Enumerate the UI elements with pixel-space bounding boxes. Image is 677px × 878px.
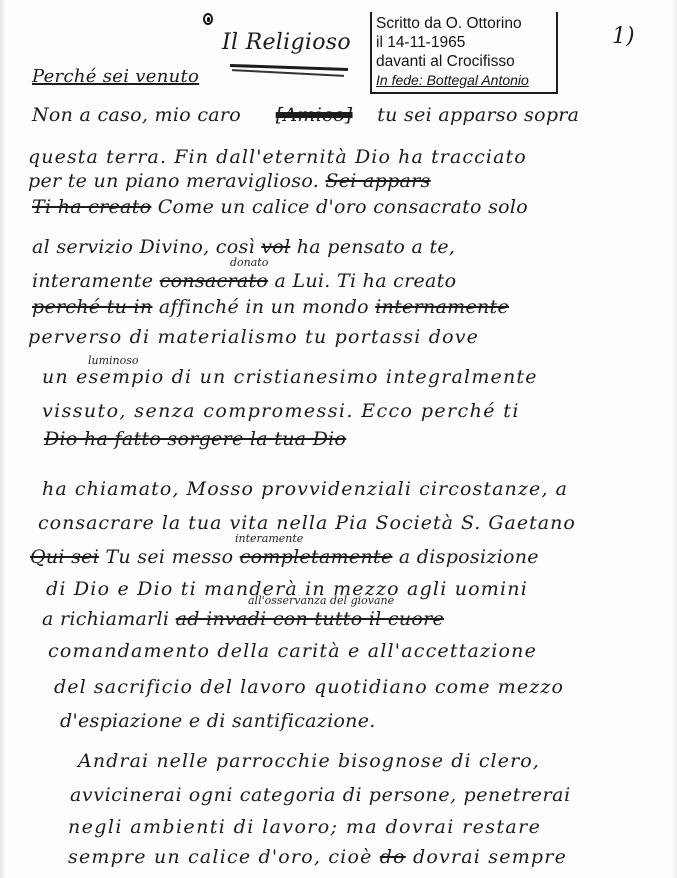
struck-text: ad invadi con tutto il cuore [176,608,444,630]
text-line-16: a richiamarli ad invadi con tutto il cuo… [42,608,444,630]
text-line-23: sempre un calice d'oro, cioè do dovrai s… [68,846,567,868]
line-text-after: dovrai sempre [413,846,567,868]
struck-text: [Amico] [276,104,353,126]
text-line-1: Non a caso, mio caro [Amico] tu sei appa… [32,104,579,126]
attribution-place: davanti al Crocifisso [376,52,552,71]
line-text-after: a Lui. Ti ha creato [275,270,457,292]
page-number: 1) [612,24,635,49]
line-text: Non a caso, mio caro [32,104,241,126]
circle-mark-icon [203,13,213,25]
text-line-10: vissuto, senza compromessi. Ecco perché … [42,400,520,422]
line-text-after: tu sei apparso sopra [377,104,579,126]
text-line-8: perverso di materialismo tu portassi dov… [28,326,479,348]
struck-text: Ti ha creato [32,196,151,218]
inserted-word: interamente [235,532,303,545]
document-title: Il Religioso [222,30,351,55]
inserted-word: donato [230,256,268,269]
line-text: perverso di materialismo tu portassi dov… [28,326,479,348]
attribution-author: Scritto da O. Ottorino [376,14,552,33]
text-line-4: Ti ha creato Come un calice d'oro consac… [32,196,528,218]
text-line-22: negli ambienti di lavoro; ma dovrai rest… [68,816,541,838]
struck-text-2: internamente [375,296,509,318]
struck-text-2: completamente [240,546,393,568]
line-text-after: affinché in un mondo [159,296,369,318]
text-line-6: interamente consacrato a Lui. Ti ha crea… [32,270,456,292]
line-text: a richiamarli [42,608,169,630]
line-text: vissuto, senza compromessi. Ecco perché … [42,400,520,422]
struck-text: consacrato [160,270,269,292]
text-line-18: del sacrificio del lavoro quotidiano com… [54,676,564,698]
line-text-after: Tu sei messo [105,546,233,568]
line-text: un esempio di un cristianesimo integralm… [42,366,538,388]
line-text: al servizio Divino, così [32,236,255,258]
page-edge-right [671,0,677,878]
text-line-2: questa terra. Fin dall'eternità Dio ha t… [28,146,527,168]
struck-text: Sei appars [325,170,430,192]
text-line-11: Dio ha fatto sorgere la tua Dio [44,428,346,450]
page-edge-left [0,0,6,878]
line-text: negli ambienti di lavoro; ma dovrai rest… [68,816,541,838]
line-text: d'espiazione e di santificazione. [60,710,376,732]
line-text: comandamento della carità e all'accettaz… [48,640,537,662]
line-text: ha chiamato, Mosso provvidenziali circos… [42,478,568,500]
line-text-after-2: a disposizione [399,546,539,568]
attribution-box: Scritto da O. Ottorino il 14-11-1965 dav… [370,12,558,94]
struck-text: vol [261,236,290,258]
manuscript-page: Il Religioso Scritto da O. Ottorino il 1… [0,0,677,878]
line-text: del sacrificio del lavoro quotidiano com… [54,676,564,698]
text-line-3: per te un piano meraviglioso. Sei appars [28,170,431,192]
text-line-20: Andrai nelle parrocchie bisognose di cle… [78,750,540,772]
text-line-19: d'espiazione e di santificazione. [60,710,376,732]
text-line-5: al servizio Divino, così vol ha pensato … [32,236,455,258]
text-line-7: perché tu in affinché in un mondo intern… [32,296,509,318]
attribution-witness: In fede: Bottegal Antonio [376,71,552,90]
text-line-21: avvicinerai ogni categoria di persone, p… [70,784,571,806]
struck-text: perché tu in [32,296,152,318]
line-text-after: ha pensato a te, [297,236,456,258]
line-text: sempre un calice d'oro, cioè [68,846,373,868]
line-text-after: Come un calice d'oro consacrato solo [158,196,528,218]
text-line-9: un esempio di un cristianesimo integralm… [42,366,538,388]
struck-text: Dio ha fatto sorgere la tua Dio [44,428,346,450]
line-text: Andrai nelle parrocchie bisognose di cle… [78,750,540,772]
line-text: interamente [32,270,153,292]
line-text: questa terra. Fin dall'eternità Dio ha t… [28,146,527,168]
text-line-17: comandamento della carità e all'accettaz… [48,640,537,662]
attribution-date: il 14-11-1965 [376,33,552,52]
text-line-14: Qui sei Tu sei messo completamente a dis… [30,546,539,568]
inserted-word: all'osservanza del giovane [248,594,394,607]
text-line-13: consacrare la tua vita nella Pia Società… [38,512,576,534]
struck-text: Qui sei [30,546,99,568]
line-text: avvicinerai ogni categoria di persone, p… [70,784,571,806]
struck-text: do [380,846,406,868]
text-line-12: ha chiamato, Mosso provvidenziali circos… [42,478,568,500]
line-text: per te un piano meraviglioso. [28,170,319,192]
section-heading: Perché sei venuto [32,66,199,87]
line-text: consacrare la tua vita nella Pia Società… [38,512,576,534]
